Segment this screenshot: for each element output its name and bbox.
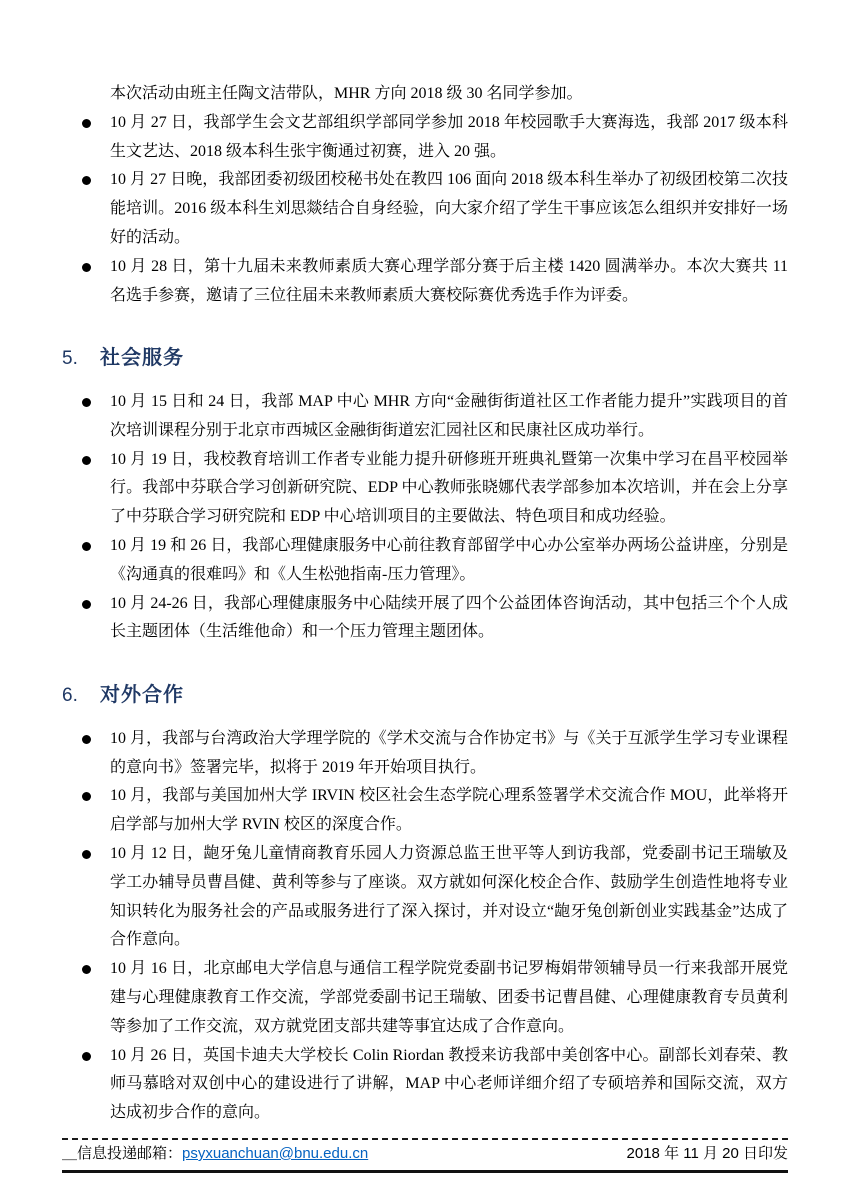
footer-print-date: 2018 年 11 月 20 日印发 (627, 1143, 788, 1165)
bullet-text: 10 月 28 日，第十九届未来教师素质大赛心理学部分赛于后主楼 1420 圆满… (110, 253, 788, 311)
bullet-text: 10 月 27 日晚，我部团委初级团校秘书处在教四 106 面向 2018 级本… (110, 166, 788, 252)
section-number: 6. (62, 683, 100, 710)
bullet-icon (82, 850, 91, 859)
bullet-icon (82, 176, 91, 185)
external-cooperation-bullet-list: 10 月，我部与台湾政治大学理学院的《学术交流与合作协定书》与《关于互派学生学习… (62, 725, 788, 1128)
footer-email-label: ＿信息投递邮箱： (62, 1144, 182, 1166)
section-title: 社会服务 (100, 344, 184, 372)
bullet-item: 10 月 15 日和 24 日，我部 MAP 中心 MHR 方向“金融街街道社区… (62, 388, 788, 446)
bullet-text: 10 月 15 日和 24 日，我部 MAP 中心 MHR 方向“金融街街道社区… (110, 388, 788, 446)
footer-email-link[interactable]: psyxuanchuan@bnu.edu.cn (182, 1143, 368, 1165)
bullet-text: 10 月 27 日，我部学生会文艺部组织学部同学参加 2018 年校园歌手大赛海… (110, 109, 788, 167)
bullet-item: 10 月 19 和 26 日，我部心理健康服务中心前往教育部留学中心办公室举办两… (62, 532, 788, 590)
section-heading-external-cooperation: 6. 对外合作 (62, 681, 788, 710)
bullet-icon (82, 792, 91, 801)
bullet-icon (82, 1052, 91, 1061)
bullet-text: 10 月，我部与美国加州大学 IRVIN 校区社会生态学院心理系签署学术交流合作… (110, 782, 788, 840)
document-page: 本次活动由班主任陶文洁带队，MHR 方向 2018 级 30 名同学参加。 10… (0, 0, 843, 1192)
top-bullet-list: 10 月 27 日，我部学生会文艺部组织学部同学参加 2018 年校园歌手大赛海… (62, 109, 788, 311)
bullet-icon (82, 398, 91, 407)
bullet-icon (82, 542, 91, 551)
bullet-item: 10 月 26 日，英国卡迪夫大学校长 Colin Riordan 教授来访我部… (62, 1042, 788, 1128)
bullet-item: 10 月 24-26 日，我部心理健康服务中心陆续开展了四个公益团体咨询活动，其… (62, 590, 788, 648)
bullet-item: 10 月 27 日晚，我部团委初级团校秘书处在教四 106 面向 2018 级本… (62, 166, 788, 252)
bullet-text: 10 月 24-26 日，我部心理健康服务中心陆续开展了四个公益团体咨询活动，其… (110, 590, 788, 648)
bullet-item: 10 月 27 日，我部学生会文艺部组织学部同学参加 2018 年校园歌手大赛海… (62, 109, 788, 167)
footer-bottom-rule (62, 1170, 788, 1173)
bullet-item: 10 月，我部与台湾政治大学理学院的《学术交流与合作协定书》与《关于互派学生学习… (62, 725, 788, 783)
bullet-text: 10 月 12 日，龅牙兔儿童情商教育乐园人力资源总监王世平等人到访我部，党委副… (110, 840, 788, 955)
bullet-icon (82, 735, 91, 744)
section-title: 对外合作 (100, 681, 184, 709)
page-footer: ＿信息投递邮箱： psyxuanchuan@bnu.edu.cn 2018 年 … (62, 1128, 788, 1173)
continuation-paragraph: 本次活动由班主任陶文洁带队，MHR 方向 2018 级 30 名同学参加。 (110, 80, 788, 109)
social-service-bullet-list: 10 月 15 日和 24 日，我部 MAP 中心 MHR 方向“金融街街道社区… (62, 388, 788, 647)
bullet-item: 10 月，我部与美国加州大学 IRVIN 校区社会生态学院心理系签署学术交流合作… (62, 782, 788, 840)
bullet-text: 10 月 26 日，英国卡迪夫大学校长 Colin Riordan 教授来访我部… (110, 1042, 788, 1128)
bullet-item: 10 月 16 日，北京邮电大学信息与通信工程学院党委副书记罗梅娟带领辅导员一行… (62, 955, 788, 1041)
bullet-icon (82, 965, 91, 974)
bullet-icon (82, 119, 91, 128)
bullet-icon (82, 456, 91, 465)
bullet-text: 10 月 19 和 26 日，我部心理健康服务中心前往教育部留学中心办公室举办两… (110, 532, 788, 590)
section-number: 5. (62, 346, 100, 373)
bullet-text: 10 月，我部与台湾政治大学理学院的《学术交流与合作协定书》与《关于互派学生学习… (110, 725, 788, 783)
bullet-text: 10 月 16 日，北京邮电大学信息与通信工程学院党委副书记罗梅娟带领辅导员一行… (110, 955, 788, 1041)
bullet-icon (82, 600, 91, 609)
bullet-item: 10 月 12 日，龅牙兔儿童情商教育乐园人力资源总监王世平等人到访我部，党委副… (62, 840, 788, 955)
bullet-icon (82, 263, 91, 272)
bullet-item: 10 月 19 日，我校教育培训工作者专业能力提升研修班开班典礼暨第一次集中学习… (62, 446, 788, 532)
bullet-text: 10 月 19 日，我校教育培训工作者专业能力提升研修班开班典礼暨第一次集中学习… (110, 446, 788, 532)
section-heading-social-service: 5. 社会服务 (62, 344, 788, 373)
bullet-item: 10 月 28 日，第十九届未来教师素质大赛心理学部分赛于后主楼 1420 圆满… (62, 253, 788, 311)
